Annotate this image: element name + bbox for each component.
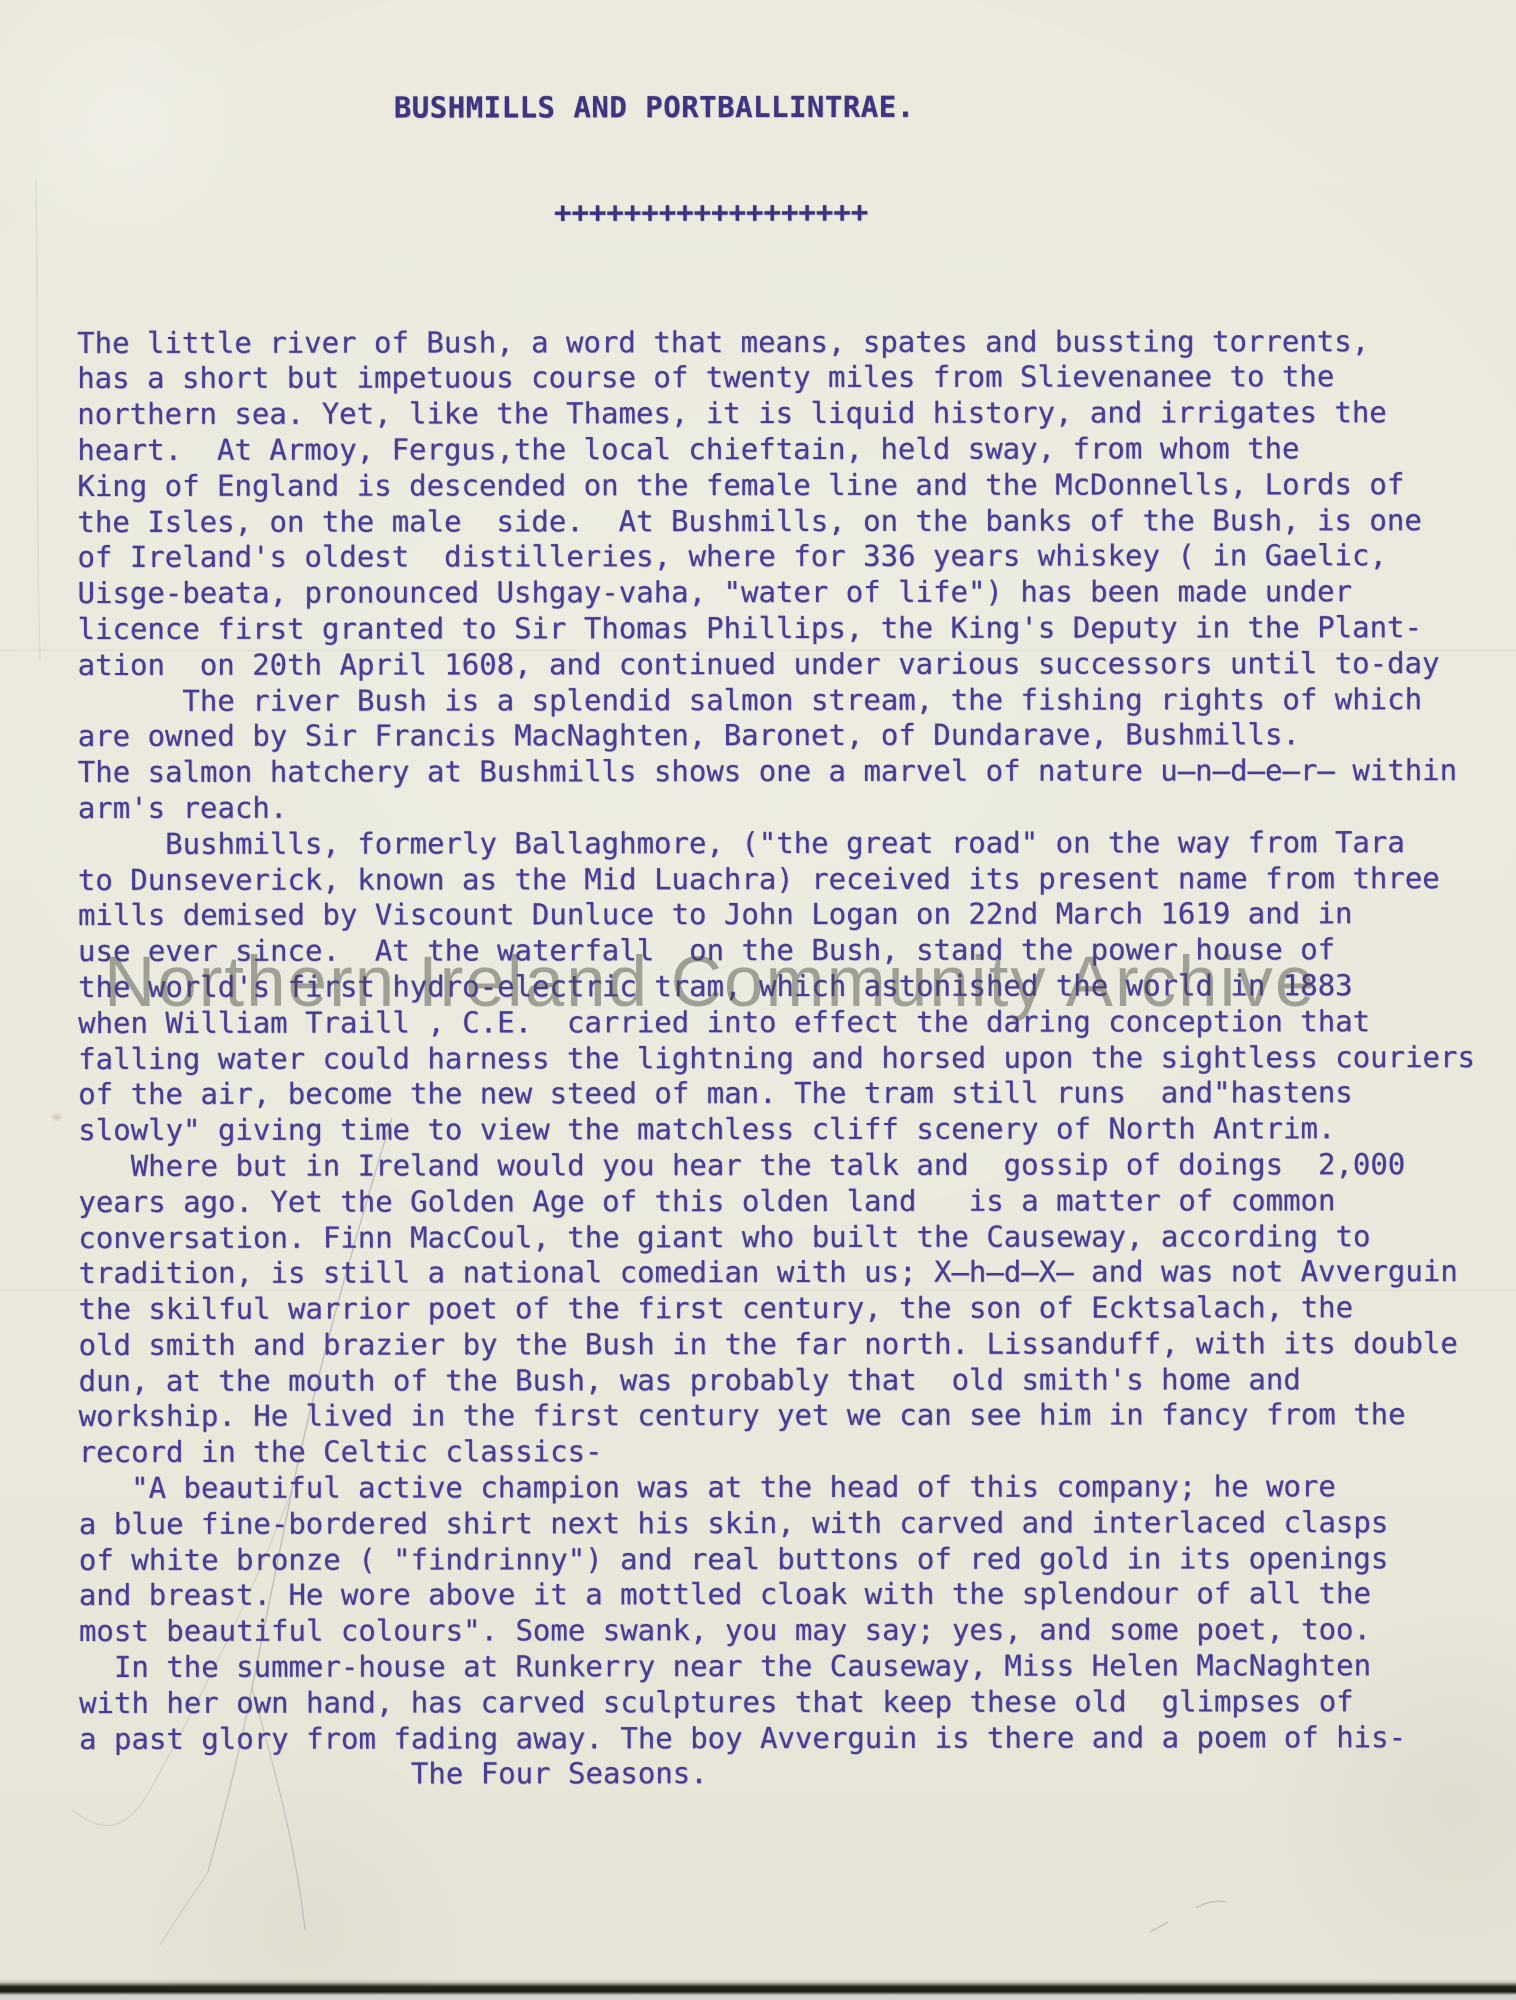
typewritten-line: licence first granted to Sir Thomas Phil… [78,610,1508,648]
typewritten-line: are owned by Sir Francis MacNaghten, Bar… [78,717,1508,755]
typewritten-line: The river Bush is a splendid salmon stre… [78,682,1508,720]
typewritten-line: slowly" giving time to view the matchles… [78,1111,1508,1149]
document-text: BUSHMILLS AND PORTBALLINTRAE. ++++++++++… [77,17,1510,1865]
typewritten-line: a past glory from fading away. The boy A… [79,1720,1509,1758]
document-title: BUSHMILLS AND PORTBALLINTRAE. [394,89,1507,126]
document-page: BUSHMILLS AND PORTBALLINTRAE. ++++++++++… [0,0,1516,2000]
typewritten-line: tradition, is still a national comedian … [78,1254,1508,1292]
typewritten-line: and breast. He wore above it a mottled c… [79,1576,1509,1614]
typewritten-line: the Isles, on the male side. At Bushmill… [77,503,1507,541]
typewritten-line: use ever since. At the waterfall on the … [78,932,1508,970]
typewritten-line: old smith and brazier by the Bush in the… [79,1326,1509,1364]
typewritten-line: In the summer-house at Runkerry near the… [79,1648,1509,1686]
scan-edge [0,1978,1516,2000]
typewritten-line: Uisge-beata, pronounced Ushgay-vaha, "wa… [77,574,1507,612]
typewritten-line: The little river of Bush, a word that me… [77,324,1507,362]
typewritten-line: to Dunseverick, known as the Mid Luachra… [78,861,1508,899]
typewritten-line: heart. At Armoy, Fergus,the local chieft… [77,431,1507,469]
document-body: The little river of Bush, a word that me… [77,324,1509,1794]
title-underline: ++++++++++++++++++ [554,196,1507,227]
typewritten-line: northern sea. Yet, like the Thames, it i… [77,395,1507,433]
typewritten-line: dun, at the mouth of the Bush, was proba… [79,1362,1509,1400]
typewritten-line: The Four Seasons. [79,1755,1509,1793]
typewritten-line: when William Traill , C.E. carried into … [78,1004,1508,1042]
typewritten-line: has a short but impetuous course of twen… [77,359,1507,397]
typewritten-line: the skilful warrior poet of the first ce… [78,1290,1508,1328]
typewritten-line: ation on 20th April 1608, and continued … [78,646,1508,684]
ink-smudge [50,1112,64,1122]
typewritten-line: of the air, become the new steed of man.… [78,1075,1508,1113]
typewritten-line: record in the Celtic classics- [79,1433,1509,1471]
typewritten-line: arm's reach. [78,789,1508,827]
typewritten-line: workship. He lived in the first century … [79,1397,1509,1435]
typewritten-line: conversation. Finn MacCoul, the giant wh… [78,1219,1508,1257]
typewritten-line: mills demised by Viscount Dunluce to Joh… [78,896,1508,934]
typewritten-line: Bushmills, formerly Ballaghmore, ("the g… [78,825,1508,863]
typewritten-line: most beautiful colours". Some swank, you… [79,1612,1509,1650]
typewritten-line: falling water could harness the lightnin… [78,1040,1508,1078]
typewritten-line: the world's first hydro-electric tram, w… [78,968,1508,1006]
typewritten-line: a blue fine-bordered shirt next his skin… [79,1505,1509,1543]
typewritten-line: years ago. Yet the Golden Age of this ol… [78,1183,1508,1221]
typewritten-line: King of England is descended on the fema… [77,467,1507,505]
typewritten-line: The salmon hatchery at Bushmills shows o… [78,753,1508,791]
typewritten-line: of Ireland's oldest distilleries, where … [77,538,1507,576]
typewritten-line: with her own hand, has carved sculptures… [79,1684,1509,1722]
typewritten-line: "A beautiful active champion was at the … [79,1469,1509,1507]
typewritten-line: Where but in Ireland would you hear the … [78,1147,1508,1185]
typewritten-line: of white bronze ( "findrinny") and real … [79,1541,1509,1579]
